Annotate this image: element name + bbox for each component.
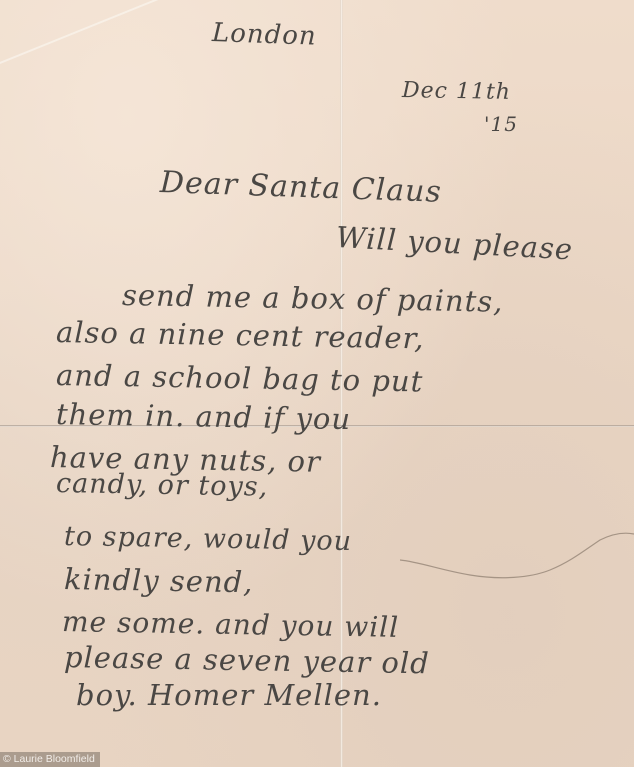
photo-credit: © Laurie Bloomfield <box>0 752 100 767</box>
letter-body-line: also a nine cent reader, <box>56 315 425 355</box>
letter-body-line: please a seven year old <box>64 640 430 680</box>
letter-year: '15 <box>484 112 518 136</box>
letter-place: London <box>211 18 317 52</box>
letter-body-line: send me a box of paints, <box>122 278 504 319</box>
letter-body-line: candy, or toys, <box>56 468 269 503</box>
paper-tear-mark <box>400 520 634 590</box>
letter-body-line: them in. and if you <box>56 397 352 436</box>
letter-body-line: kindly send, <box>64 562 254 599</box>
letter-body-line: and a school bag to put <box>56 358 424 398</box>
letter-signature: boy. Homer Mellen. <box>76 678 382 712</box>
letter-body-line: me some. and you will <box>62 605 400 644</box>
letter-date: Dec 11th <box>402 78 511 105</box>
letter-body-line: to spare, would you <box>64 521 353 557</box>
